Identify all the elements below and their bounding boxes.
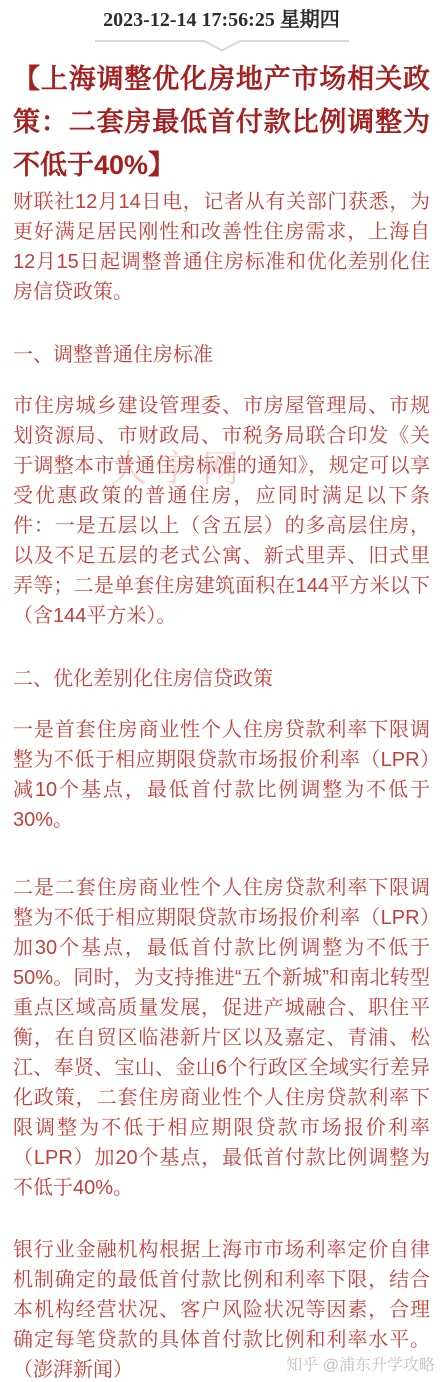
chevron-divider-icon [94,39,350,52]
paragraph-second-home-policy: 二是二套住房商业性个人住房贷款利率下限调整为不低于相应期限贷款市场报价利率（LP… [13,873,430,1203]
section-heading-2: 二、优化差别化住房信贷政策 [13,664,430,694]
date-header: 2023-12-14 17:56:25 星期四 [13,8,430,32]
paragraph-lead: 财联社12月14日电，记者从有关部门获悉，为更好满足居民刚性和改善性住房需求，上… [13,187,430,307]
zhihu-credit-watermark: 知乎 @浦东升学攻略 [286,1352,435,1375]
paragraph-housing-standard: 市住房城乡建设管理委、市房屋管理局、市规划资源局、市财政局、市税务局联合印发《关… [13,391,430,631]
article-page: 2023-12-14 17:56:25 星期四 【上海调整优化房地产市场相关政策… [0,0,443,1382]
paragraph-first-home-policy: 一是首套住房商业性个人住房贷款利率下限调整为不低于相应期限贷款市场报价利率（LP… [13,715,430,835]
article-title: 【上海调整优化房地产市场相关政策：二套房最低首付款比例调整为不低于40%】 [13,58,430,187]
section-heading-1: 一、调整普通住房标准 [13,340,430,370]
